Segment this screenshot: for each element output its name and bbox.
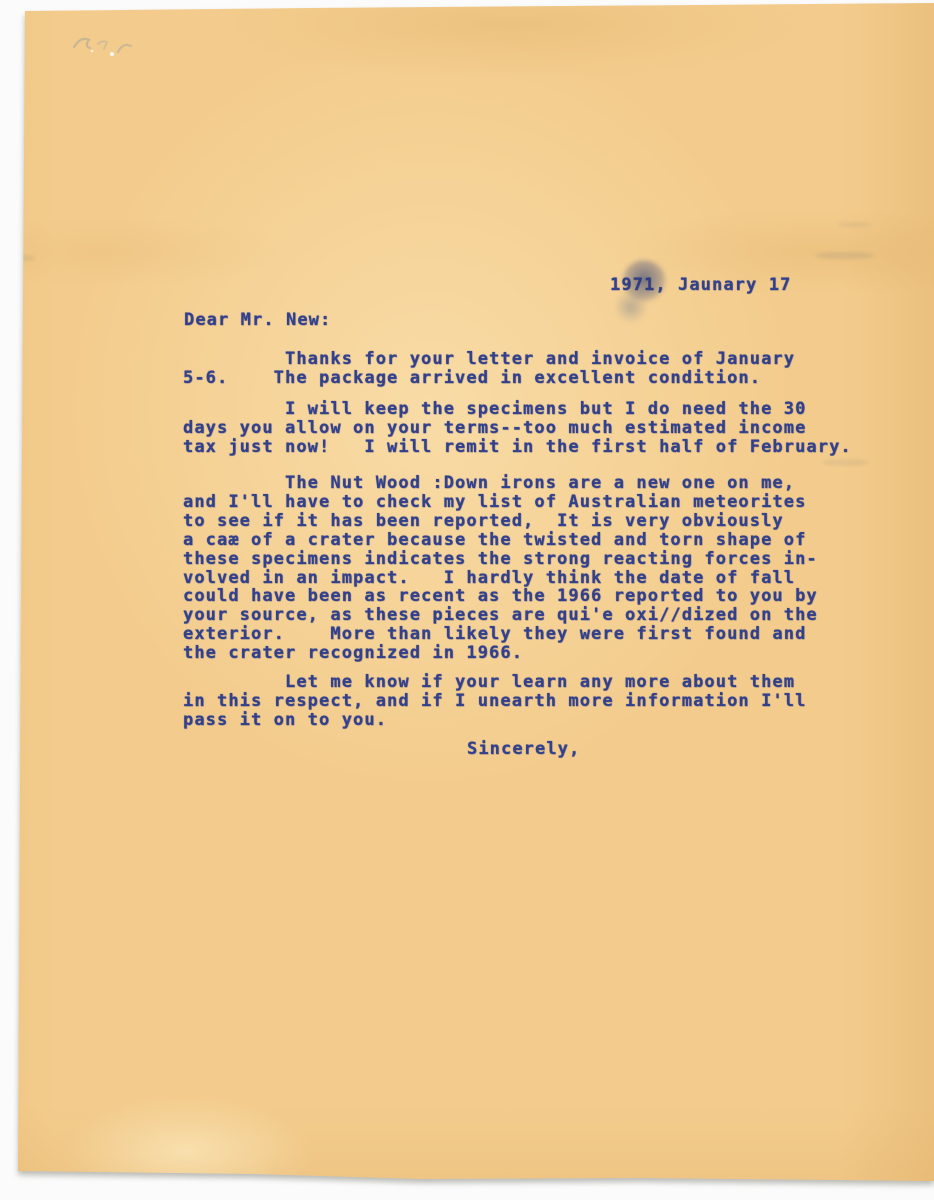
smudge-mark — [9, 255, 35, 261]
letter-paper: 1971, Jaunary 17 Dear Mr. New: Thanks fo… — [0, 0, 934, 1200]
paragraph-3: The Nut Wood :Down irons are a new one o… — [183, 474, 818, 663]
smudge-mark — [838, 222, 872, 227]
smudge-mark — [816, 252, 874, 259]
paragraph-2: I will keep the specimens but I do need … — [183, 400, 852, 457]
closing: Sincerely, — [467, 740, 580, 759]
paragraph-4: Let me know if your learn any more about… — [183, 673, 806, 730]
scan-background: 1971, Jaunary 17 Dear Mr. New: Thanks fo… — [0, 0, 934, 1200]
paragraph-1: Thanks for your letter and invoice of Ja… — [183, 350, 795, 388]
salutation: Dear Mr. New: — [184, 311, 331, 330]
pencil-scribble — [68, 27, 142, 65]
smudge-mark — [822, 459, 868, 466]
ink-smudge-tail — [612, 293, 650, 321]
paper-shadow: 1971, Jaunary 17 Dear Mr. New: Thanks fo… — [0, 0, 934, 1200]
